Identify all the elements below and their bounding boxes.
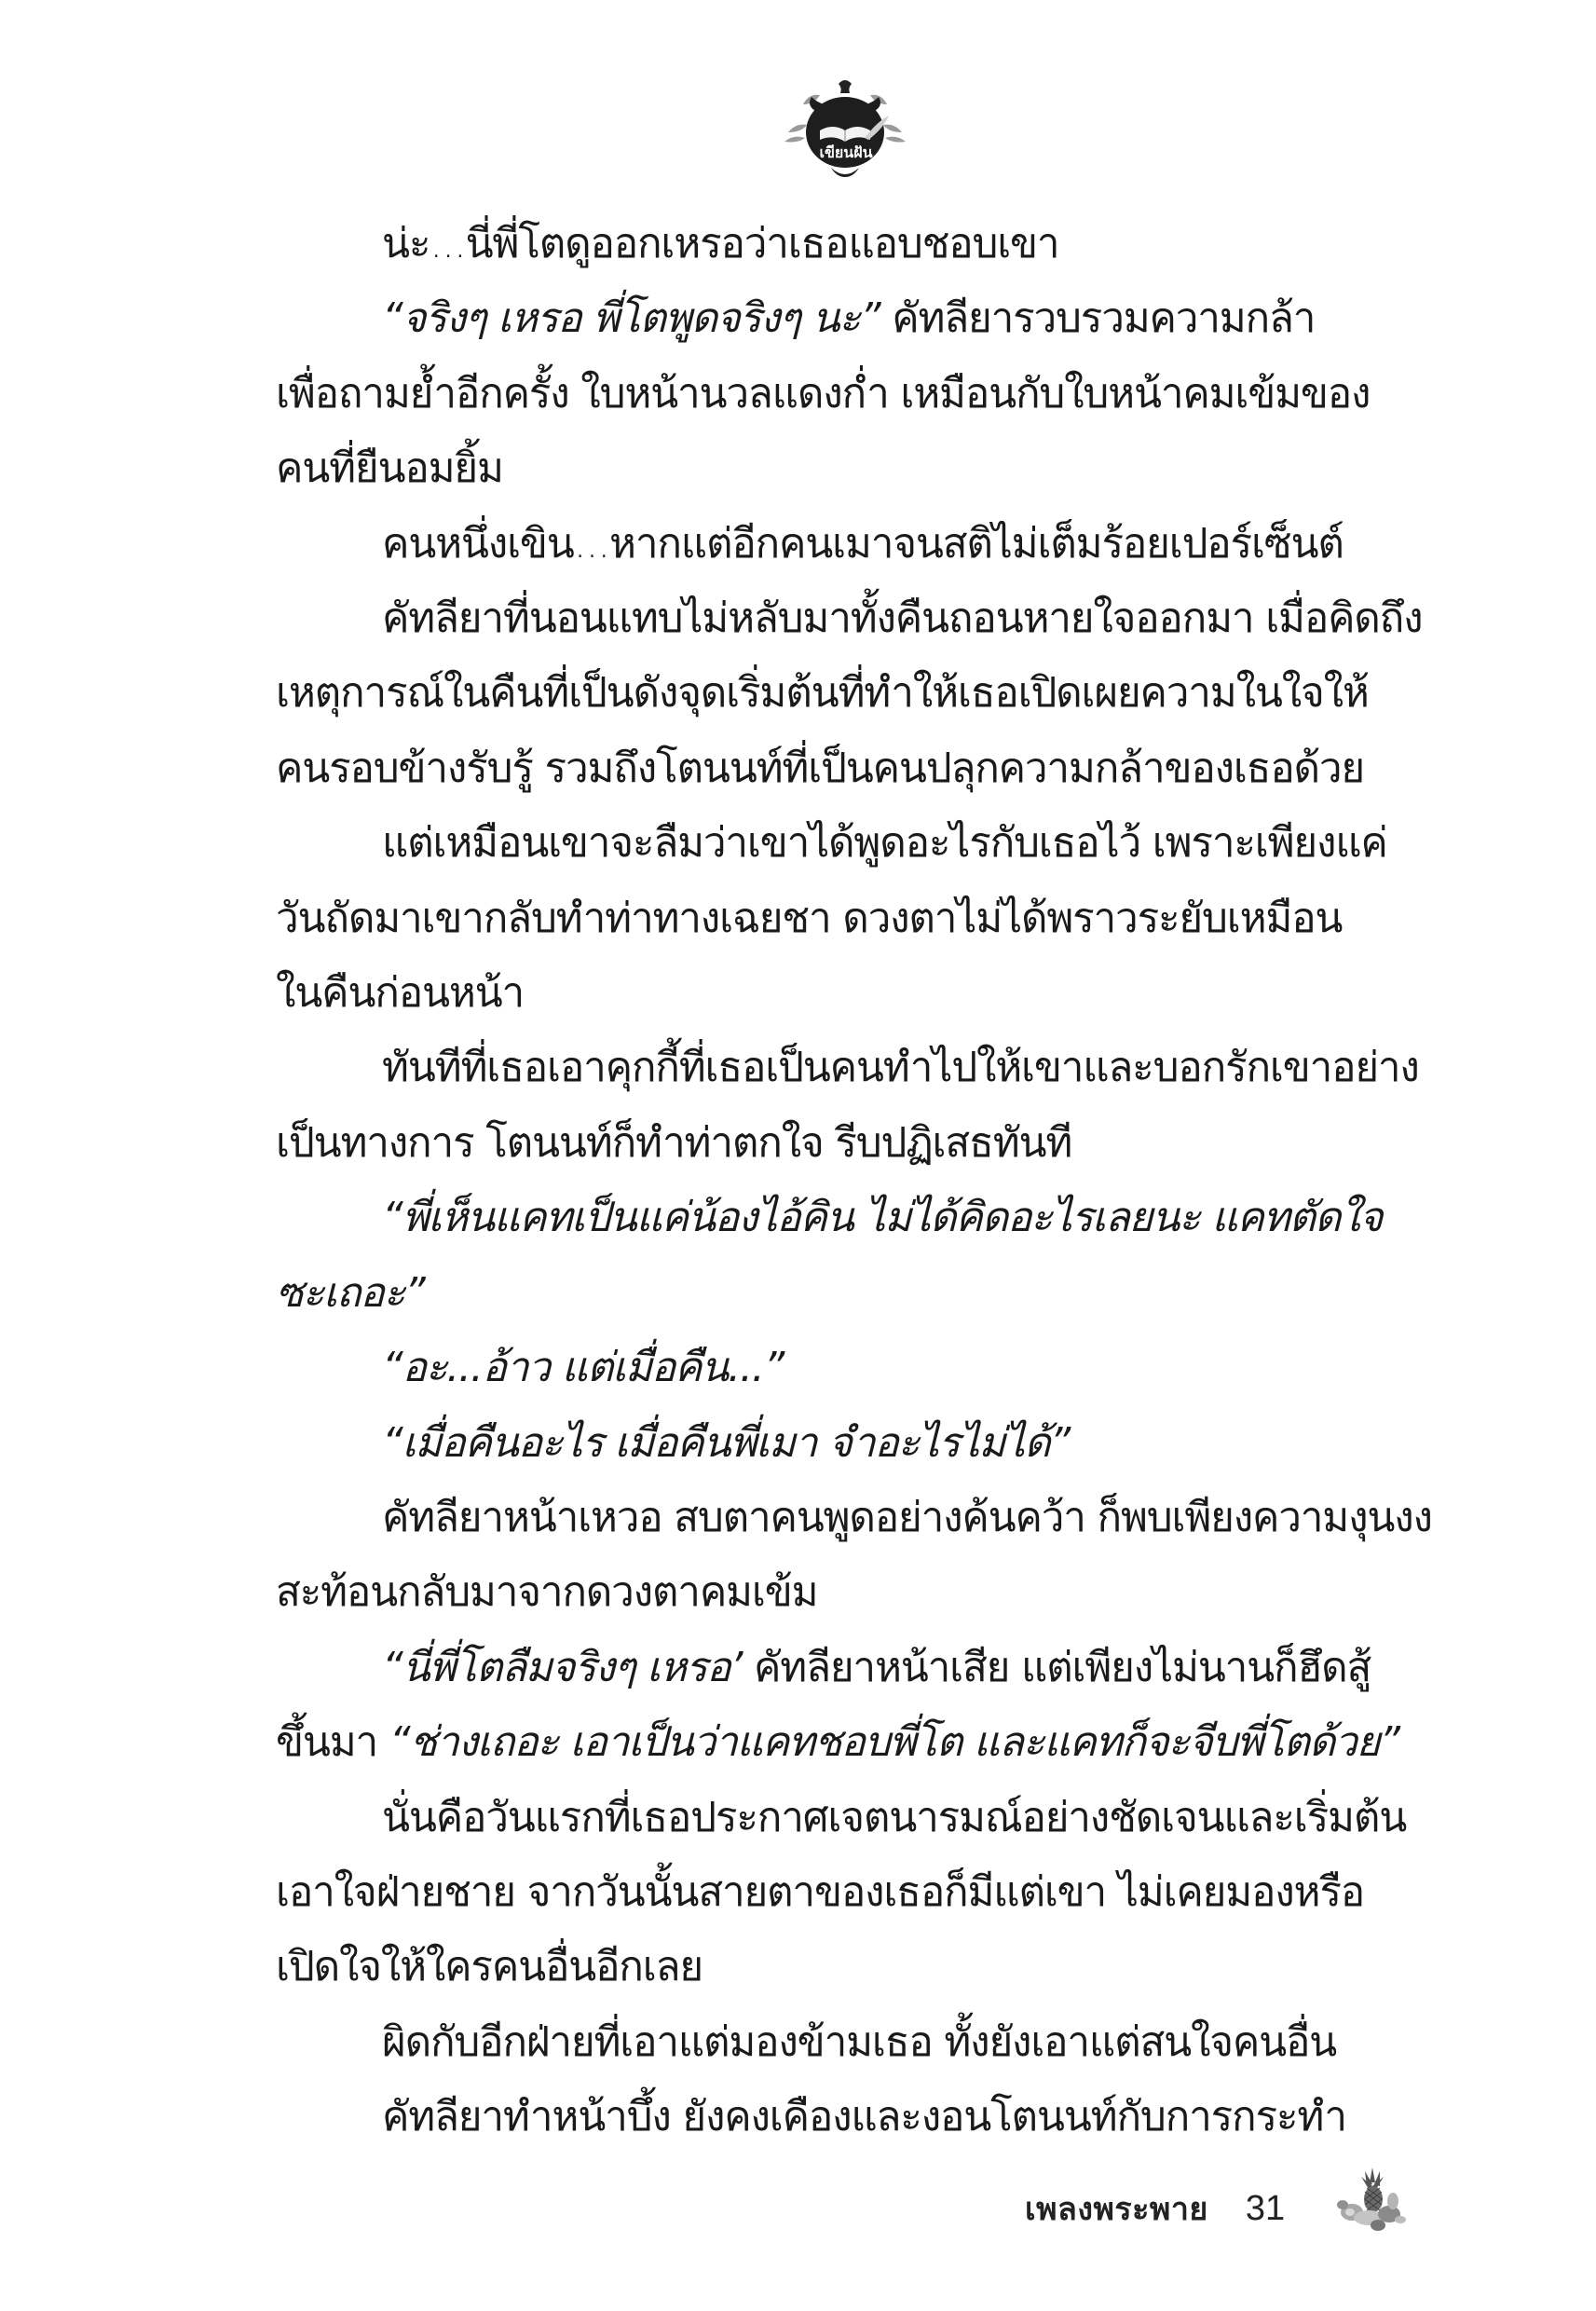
text-line: คนที่ยืนอมยิ้ม (276, 431, 1424, 506)
narrative-text: น่ะ...นี่พี่โตดูออกเหรอว่าเธอแอบชอบเขา (382, 220, 1058, 267)
text-line: “จริงๆ เหรอ พี่โตพูดจริงๆ นะ” คัทลียารวบ… (276, 281, 1424, 356)
text-line: น่ะ...นี่พี่โตดูออกเหรอว่าเธอแอบชอบเขา (276, 207, 1424, 281)
text-line: เป็นทางการ โตนนท์ก็ทำท่าตกใจ รีบปฏิเสธทั… (276, 1106, 1424, 1181)
narrative-text: เป็นทางการ โตนนท์ก็ทำท่าตกใจ รีบปฏิเสธทั… (276, 1119, 1071, 1167)
text-line: คนรอบข้างรับรู้ รวมถึงโตนนท์ที่เป็นคนปลุ… (276, 732, 1424, 806)
text-line: วันถัดมาเขากลับทำท่าทางเฉยชา ดวงตาไม่ได้… (276, 882, 1424, 956)
dialogue-text: “พี่เห็นแคทเป็นแค่น้องไอ้คิน ไม่ได้คิดอะ… (382, 1194, 1382, 1241)
text-line: คัทลียาหน้าเหวอ สบตาคนพูดอย่างค้นคว้า ก็… (276, 1481, 1424, 1555)
text-line: คัทลียาที่นอนแทบไม่หลับมาทั้งคืนถอนหายใจ… (276, 581, 1424, 656)
publisher-logo: เขียนฝัน (775, 76, 915, 179)
page-footer: เพลงพระพาย 31 (1025, 2181, 1285, 2236)
narrative-text: คัทลียาทำหน้าบึ้ง ยังคงเคืองและงอนโตนนท์… (382, 2093, 1346, 2140)
text-line: ผิดกับอีกฝ่ายที่เอาแต่มองข้ามเธอ ทั้งยัง… (276, 2005, 1424, 2080)
chapter-body: น่ะ...นี่พี่โตดูออกเหรอว่าเธอแอบชอบเขา“จ… (276, 207, 1424, 2155)
text-line: ในคืนก่อนหน้า (276, 956, 1424, 1031)
text-line: แต่เหมือนเขาจะลืมว่าเขาได้พูดอะไรกับเธอไ… (276, 806, 1424, 881)
logo-text: เขียนฝัน (809, 142, 883, 165)
text-line: “เมื่อคืนอะไร เมื่อคืนพี่เมา จำอะไรไม่ได… (276, 1406, 1424, 1481)
text-line: ซะเถอะ” (276, 1256, 1424, 1331)
narrative-text: นั่นคือวันแรกที่เธอประกาศเจตนารมณ์อย่างช… (382, 1794, 1406, 1841)
text-line: เอาใจฝ่ายชาย จากวันนั้นสายตาของเธอก็มีแต… (276, 1855, 1424, 1930)
narrative-text: แต่เหมือนเขาจะลืมว่าเขาได้พูดอะไรกับเธอไ… (382, 819, 1387, 867)
dialogue-text: ซะเถอะ” (276, 1269, 425, 1317)
text-line: ขึ้นมา “ช่างเถอะ เอาเป็นว่าแคทชอบพี่โต แ… (276, 1705, 1424, 1780)
text-line: เปิดใจให้ใครคนอื่นอีกเลย (276, 1930, 1424, 2004)
text-line: คนหนึ่งเขิน...หากแต่อีกคนเมาจนสติไม่เต็ม… (276, 507, 1424, 581)
text-line: “นี่พี่โตลืมจริงๆ เหรอ’ คัทลียาหน้าเสีย … (276, 1631, 1424, 1705)
dialogue-text: “นี่พี่โตลืมจริงๆ เหรอ’ (382, 1644, 742, 1691)
narrative-text: คัทลียารวบรวมความกล้า (880, 294, 1315, 342)
text-line: นั่นคือวันแรกที่เธอประกาศเจตนารมณ์อย่างช… (276, 1781, 1424, 1855)
narrative-text: ทันทีที่เธอเอาคุกกี้ที่เธอเป็นคนทำไปให้เ… (382, 1044, 1419, 1091)
dialogue-text: “จริงๆ เหรอ พี่โตพูดจริงๆ นะ” (382, 294, 880, 342)
narrative-text: สะท้อนกลับมาจากดวงตาคมเข้ม (276, 1568, 817, 1616)
narrative-text: เพื่อถามย้ำอีกครั้ง ใบหน้านวลแดงก่ำ เหมื… (276, 370, 1370, 417)
dialogue-text: “เมื่อคืนอะไร เมื่อคืนพี่เมา จำอะไรไม่ได… (382, 1419, 1070, 1467)
narrative-text: ผิดกับอีกฝ่ายที่เอาแต่มองข้ามเธอ ทั้งยัง… (382, 2018, 1336, 2066)
fruit-basket-icon (1328, 2164, 1412, 2238)
narrative-text: เอาใจฝ่ายชาย จากวันนั้นสายตาของเธอก็มีแต… (276, 1868, 1364, 1916)
dialogue-text: “ช่างเถอะ เอาเป็นว่าแคทชอบพี่โต และแคทก็… (389, 1718, 1399, 1766)
narrative-text: ขึ้นมา (276, 1718, 389, 1766)
text-line: เพื่อถามย้ำอีกครั้ง ใบหน้านวลแดงก่ำ เหมื… (276, 357, 1424, 431)
narrative-text: ในคืนก่อนหน้า (276, 969, 524, 1017)
narrative-text: คนรอบข้างรับรู้ รวมถึงโตนนท์ที่เป็นคนปลุ… (276, 745, 1364, 792)
text-line: ทันทีที่เธอเอาคุกกี้ที่เธอเป็นคนทำไปให้เ… (276, 1031, 1424, 1105)
narrative-text: คัทลียาหน้าเหวอ สบตาคนพูดอย่างค้นคว้า ก็… (382, 1494, 1432, 1541)
narrative-text: คัทลียาหน้าเสีย แต่เพียงไม่นานก็ฮึดสู้ (742, 1644, 1371, 1691)
running-book-title: เพลงพระพาย (1025, 2183, 1208, 2234)
text-line: คัทลียาทำหน้าบึ้ง ยังคงเคืองและงอนโตนนท์… (276, 2080, 1424, 2154)
text-line: “พี่เห็นแคทเป็นแค่น้องไอ้คิน ไม่ได้คิดอะ… (276, 1181, 1424, 1255)
narrative-text: เปิดใจให้ใครคนอื่นอีกเลย (276, 1943, 703, 1990)
dialogue-text: “อะ...อ้าว แต่เมื่อคืน...” (382, 1344, 784, 1391)
narrative-text: เหตุการณ์ในคืนที่เป็นดังจุดเริ่มต้นที่ทำ… (276, 669, 1369, 717)
pineapple-fruit-icon (1328, 2164, 1412, 2238)
narrative-text: คนหนึ่งเขิน...หากแต่อีกคนเมาจนสติไม่เต็ม… (382, 520, 1344, 567)
text-line: สะท้อนกลับมาจากดวงตาคมเข้ม (276, 1555, 1424, 1630)
page-number: 31 (1246, 2189, 1285, 2229)
text-line: “อะ...อ้าว แต่เมื่อคืน...” (276, 1331, 1424, 1405)
narrative-text: คัทลียาที่นอนแทบไม่หลับมาทั้งคืนถอนหายใจ… (382, 595, 1422, 642)
narrative-text: วันถัดมาเขากลับทำท่าทางเฉยชา ดวงตาไม่ได้… (276, 895, 1342, 942)
text-line: เหตุการณ์ในคืนที่เป็นดังจุดเริ่มต้นที่ทำ… (276, 656, 1424, 731)
narrative-text: คนที่ยืนอมยิ้ม (276, 444, 503, 492)
